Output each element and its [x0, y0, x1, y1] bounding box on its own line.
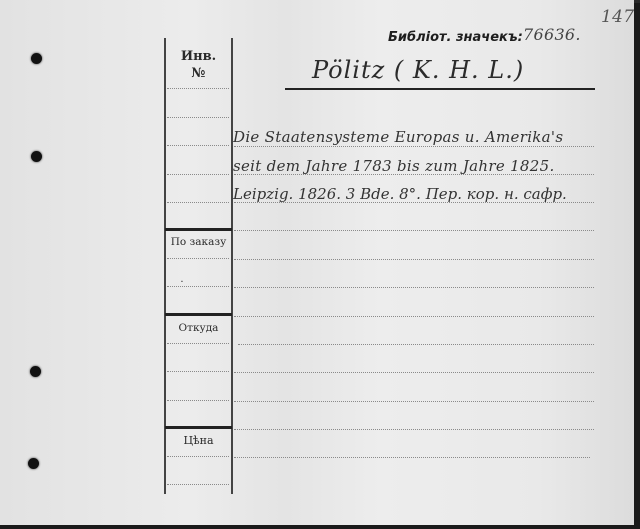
dotted-rule: [234, 429, 594, 430]
section-divider: [165, 313, 232, 316]
price-label: Цѣна: [166, 434, 231, 447]
punch-hole: [30, 366, 41, 377]
dotted-rule: [167, 202, 229, 203]
source-label: Откуда: [166, 322, 231, 334]
dotted-rule: [167, 484, 229, 485]
dotted-rule: [167, 117, 229, 118]
dotted-rule: [167, 286, 229, 287]
author-underline: [285, 88, 595, 90]
dotted-rule: [167, 371, 229, 372]
order-label: По заказу: [166, 236, 231, 248]
punch-hole: [31, 151, 42, 162]
dotted-rule: [167, 456, 229, 457]
dotted-rule: [167, 145, 229, 146]
section-divider: [165, 228, 232, 231]
dotted-rule: [234, 287, 594, 288]
dotted-rule: [167, 400, 229, 401]
dotted-rule: [234, 146, 594, 147]
title-line-1: Die Staatensysteme Europas u. Amerika's: [233, 128, 563, 146]
order-mark: .: [172, 274, 192, 285]
section-divider: [165, 426, 232, 429]
dotted-rule: [234, 230, 594, 231]
dotted-rule: [234, 372, 594, 373]
library-mark-value: 76636.: [523, 25, 581, 44]
dotted-rule: [234, 401, 594, 402]
sheet-number: 147: [601, 7, 634, 27]
author-heading: Pölitz ( K. H. L.): [312, 56, 524, 84]
dotted-rule: [238, 344, 594, 345]
library-mark-label: Библіот. значекъ:: [388, 30, 523, 45]
punch-hole: [31, 53, 42, 64]
inventory-label-line1: Инв.: [166, 48, 231, 65]
inventory-label-number-sign: №: [166, 65, 231, 82]
punch-hole: [28, 458, 39, 469]
title-line-2: seit dem Jahre 1783 bis zum Jahre 1825.: [233, 157, 555, 175]
dotted-rule: [234, 259, 594, 260]
dotted-rule: [167, 174, 229, 175]
dotted-rule: [234, 316, 594, 317]
catalog-card: 147 Библіот. значекъ: 76636. Инв. № По з…: [0, 0, 634, 525]
dotted-rule: [167, 343, 229, 344]
inventory-label: Инв. №: [166, 48, 231, 82]
dotted-rule: [234, 457, 590, 458]
dotted-rule: [167, 88, 229, 89]
dotted-rule: [167, 258, 229, 259]
title-line-3: Leipzig. 1826. 3 Bde. 8°. Пер. кор. н. с…: [233, 185, 567, 203]
